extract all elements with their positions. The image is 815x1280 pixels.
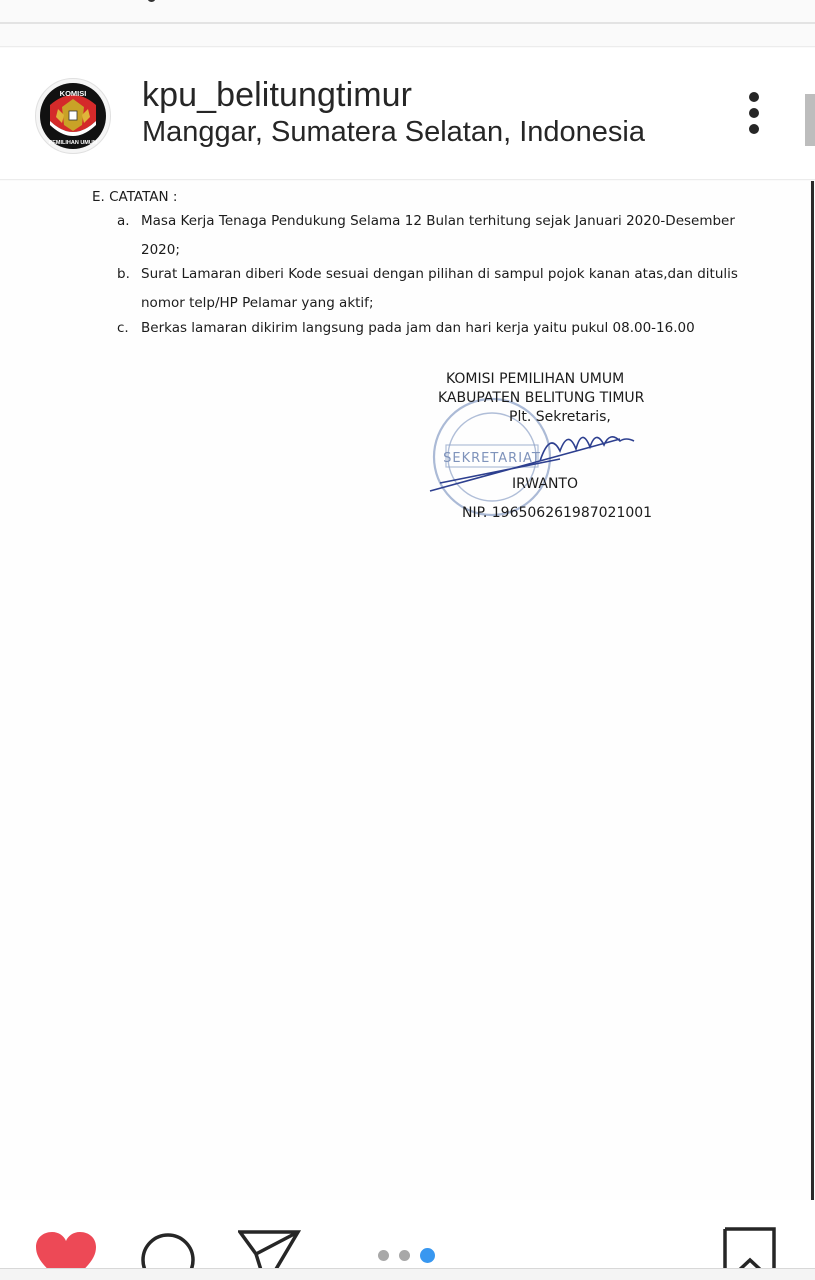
org-name-line2: KABUPATEN BELITUNG TIMUR: [438, 390, 644, 406]
svg-text:PEMILIHAN UMUM: PEMILIHAN UMUM: [49, 140, 98, 146]
more-dot-icon: [749, 124, 759, 134]
item-label: a.: [117, 213, 130, 229]
post-header: KOMISI PEMILIHAN UMUM kpu_belitungtimur …: [0, 48, 815, 180]
bookmark-icon[interactable]: [722, 1226, 778, 1268]
more-options-button[interactable]: [740, 92, 768, 140]
location-link[interactable]: Manggar, Sumatera Selatan, Indonesia: [142, 116, 645, 149]
item-text: Masa Kerja Tenaga Pendukung Selama 12 Bu…: [141, 213, 735, 229]
carousel-dot: [399, 1250, 410, 1261]
item-text: Berkas lamaran dikirim langsung pada jam…: [141, 320, 695, 336]
image-edge: [811, 181, 814, 1200]
divider: [0, 46, 815, 47]
signature-block: SEKRETARIAT KOMISI PEMILIHAN UMUM KABUPA…: [420, 371, 680, 541]
org-name-line1: KOMISI PEMILIHAN UMUM: [446, 371, 624, 387]
divider: [0, 22, 815, 24]
kpu-logo-icon: KOMISI PEMILIHAN UMUM: [38, 81, 108, 151]
signer-name: IRWANTO: [512, 476, 578, 492]
post-action-bar: [0, 1200, 815, 1268]
item-label: c.: [117, 320, 129, 336]
bottom-bar: [0, 1268, 815, 1280]
signer-position: Plt. Sekretaris,: [509, 409, 611, 425]
item-text: nomor telp/HP Pelamar yang aktif;: [141, 295, 374, 311]
section-title: E. CATATAN :: [92, 189, 177, 205]
item-text: Surat Lamaran diberi Kode sesuai dengan …: [141, 266, 738, 282]
more-dot-icon: [749, 108, 759, 118]
carousel-dot: [378, 1250, 389, 1261]
signer-nip: NIP. 196506261987021001: [462, 505, 652, 521]
top-bar-glyph: [148, 0, 155, 2]
item-text: 2020;: [141, 242, 180, 258]
username[interactable]: kpu_belitungtimur: [142, 76, 412, 115]
more-dot-icon: [749, 92, 759, 102]
comment-icon[interactable]: [138, 1230, 198, 1268]
svg-text:KOMISI: KOMISI: [60, 89, 87, 98]
heart-icon[interactable]: [34, 1230, 98, 1268]
scrollbar-thumb[interactable]: [805, 94, 815, 146]
item-label: b.: [117, 266, 130, 282]
carousel-indicator: [378, 1248, 435, 1263]
post-image[interactable]: E. CATATAN : a. Masa Kerja Tenaga Penduk…: [0, 181, 810, 1200]
carousel-dot-active: [420, 1248, 435, 1263]
top-bar: [0, 0, 815, 48]
send-icon[interactable]: [238, 1230, 302, 1268]
avatar[interactable]: KOMISI PEMILIHAN UMUM: [35, 78, 111, 154]
